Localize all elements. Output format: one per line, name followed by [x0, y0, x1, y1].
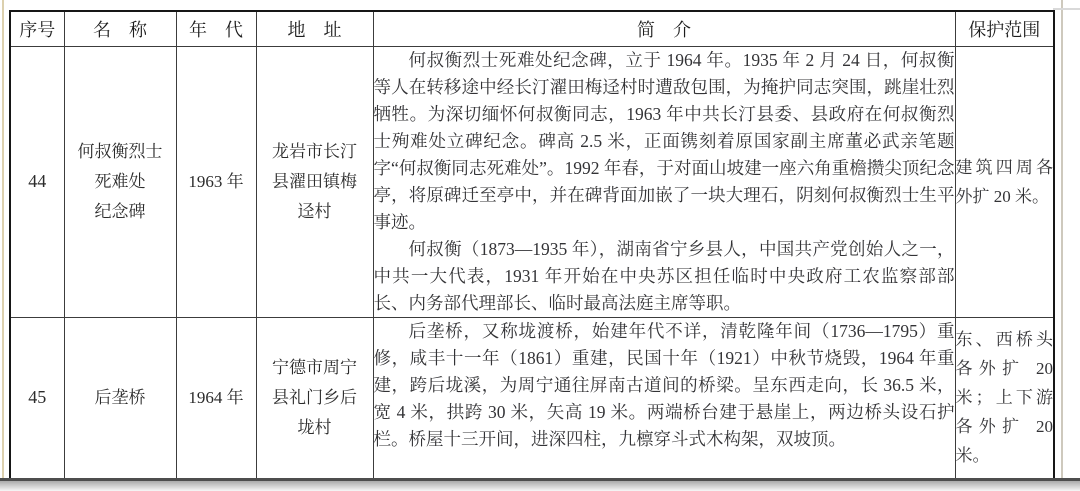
- table-row: 45 后垄桥 1964 年 宁德市周宁 县礼门乡后 垅村 后垄桥，又称垅渡桥，始…: [10, 317, 1054, 479]
- cell-era: 1963 年: [176, 46, 256, 317]
- cell-seq: 44: [10, 46, 64, 317]
- cell-era: 1964 年: [176, 317, 256, 479]
- intro-paragraph: 何叔衡（1873—1935 年），湖南省宁乡县人，中国共产党创始人之一，中共一大…: [374, 236, 955, 317]
- bottom-crop-shadow: [0, 481, 1080, 491]
- column-header-era: 年 代: [176, 11, 256, 46]
- right-margin-guide-line: [1061, 0, 1063, 491]
- cell-name: 后垄桥: [64, 317, 176, 479]
- cell-protection: 东、西桥头各外扩 20 米；上下游各外扩 20 米。: [955, 317, 1054, 479]
- cell-seq: 45: [10, 317, 64, 479]
- table-row: 44 何叔衡烈士 死难处 纪念碑 1963 年 龙岩市长汀 县濯田镇梅 迳村 何…: [10, 46, 1054, 317]
- intro-paragraph: 后垄桥，又称垅渡桥，始建年代不详，清乾隆年间（1736—1795）重修，咸丰十一…: [374, 318, 955, 453]
- cell-intro: 何叔衡烈士死难处纪念碑，立于 1964 年。1935 年 2 月 24 日，何叔…: [373, 46, 955, 317]
- cell-address: 宁德市周宁 县礼门乡后 垅村: [256, 317, 373, 479]
- column-header-intro: 简 介: [373, 11, 955, 46]
- left-margin-guide-line: [2, 0, 4, 491]
- heritage-sites-table: 序号 名 称 年 代 地 址 简 介 保护范围 44 何叔衡烈士 死难处 纪念碑…: [9, 10, 1055, 480]
- column-header-name: 名 称: [64, 11, 176, 46]
- intro-paragraph: 何叔衡烈士死难处纪念碑，立于 1964 年。1935 年 2 月 24 日，何叔…: [374, 47, 955, 236]
- top-right-guide-line: [1053, 8, 1080, 10]
- cell-protection: 建筑四周各外扩 20 米。: [955, 46, 1054, 317]
- column-header-address: 地 址: [256, 11, 373, 46]
- column-header-seq: 序号: [10, 11, 64, 46]
- column-header-protection: 保护范围: [955, 11, 1054, 46]
- document-page: 序号 名 称 年 代 地 址 简 介 保护范围 44 何叔衡烈士 死难处 纪念碑…: [0, 0, 1080, 491]
- table-header-row: 序号 名 称 年 代 地 址 简 介 保护范围: [10, 11, 1054, 46]
- cell-address: 龙岩市长汀 县濯田镇梅 迳村: [256, 46, 373, 317]
- cell-intro: 后垄桥，又称垅渡桥，始建年代不详，清乾隆年间（1736—1795）重修，咸丰十一…: [373, 317, 955, 479]
- cell-name: 何叔衡烈士 死难处 纪念碑: [64, 46, 176, 317]
